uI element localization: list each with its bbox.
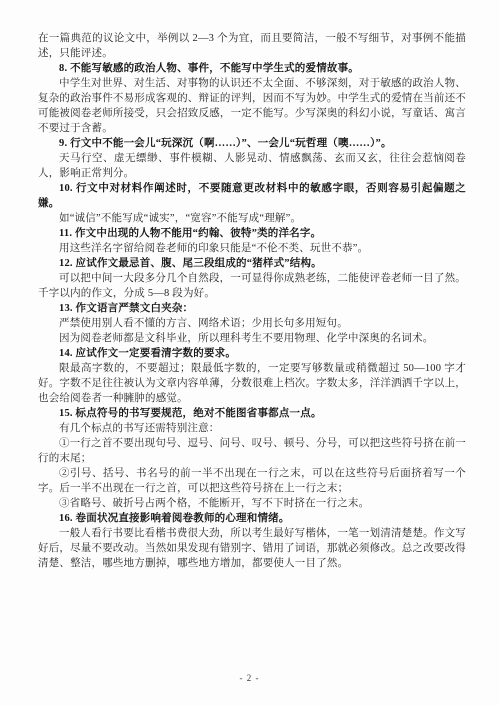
paragraph: 中学生对世界、对生活、对事物的认识还不太全面、不够深刻，对于敏感的政治人物、复杂… xyxy=(38,76,466,136)
document-body: 在一篇典范的议论文中，举例以 2—3 个为宜，而且要简洁，一般不写细节，对事例不… xyxy=(38,31,466,571)
page-number: - 2 - xyxy=(0,673,499,683)
paragraph: 限最高字数的，不要超过；限最低字数的，一定要写够数量或稍微超过 50—100 字… xyxy=(38,361,466,406)
paragraph: 一般人看行书要比看楷书费很大劲，所以考生最好写楷体，一笔一划清清楚楚。作文写好后… xyxy=(38,526,466,571)
section-heading: 14. 应试作文一定要看清字数的要求。 xyxy=(38,346,466,361)
paragraph: 有几个标点的书写还需特别注意： xyxy=(38,421,466,436)
section-heading: 9. 行文中不能一会儿“玩深沉（啊……）”、一会儿“玩哲理（噢……）”。 xyxy=(38,136,466,151)
document-page: 在一篇典范的议论文中，举例以 2—3 个为宜，而且要简洁，一般不写细节，对事例不… xyxy=(0,0,499,705)
section-heading: 16. 卷面状况直接影响着阅卷教师的心理和情绪。 xyxy=(38,511,466,526)
section-heading: 11. 作文中出现的人物不能用“约翰、彼特”类的洋名字。 xyxy=(38,226,466,241)
section-heading: 15. 标点符号的书写要规范，绝对不能图省事都点一点。 xyxy=(38,406,466,421)
paragraph: 因为阅卷老师都是文科毕业，所以理科考生不要用物理、化学中深奥的名词术。 xyxy=(38,331,466,346)
paragraph: 严禁使用别人看不懂的方言、网络术语；少用长句多用短句。 xyxy=(38,316,466,331)
paragraph: 如“诚信”不能写成“诚实”，“宽容”不能写成“理解”。 xyxy=(38,211,466,226)
paragraph: 天马行空、虚无缥缈、事件模糊、人影晃动、情感飘荡、玄而又玄，往往会惹恼阅卷人，影… xyxy=(38,151,466,181)
section-heading: 10. 行文中对材料作阐述时，不要随意更改材料中的敏感字眼，否则容易引起偏题之嫌… xyxy=(38,181,466,211)
paragraph: ①一行之首不要出现句号、逗号、问号、叹号、顿号、分号，可以把这些符号挤在前一行的… xyxy=(38,436,466,466)
paragraph: 可以把中间一大段多分几个自然段，一可显得你成熟老练，二能使评卷老师一目了然。千字… xyxy=(38,271,466,301)
section-heading: 8. 不能写敏感的政治人物、事件，不能写中学生式的爱情故事。 xyxy=(38,61,466,76)
paragraph: ③省略号、破折号占两个格，不能断开，写不下时挤在一行之末。 xyxy=(38,496,466,511)
section-heading: 13. 作文语言严禁文白夹杂： xyxy=(38,301,466,316)
paragraph: 用这些洋名字留给阅卷老师的印象只能是“不伦不类、玩世不恭”。 xyxy=(38,241,466,256)
section-heading: 12. 应试作文最忌首、腹、尾三段组成的“猪样式”结构。 xyxy=(38,256,466,271)
paragraph: ②引号、括号、书名号的前一半不出现在一行之末，可以在这些符号后面挤着写一个字。后… xyxy=(38,466,466,496)
paragraph: 在一篇典范的议论文中，举例以 2—3 个为宜，而且要简洁，一般不写细节，对事例不… xyxy=(38,31,466,61)
